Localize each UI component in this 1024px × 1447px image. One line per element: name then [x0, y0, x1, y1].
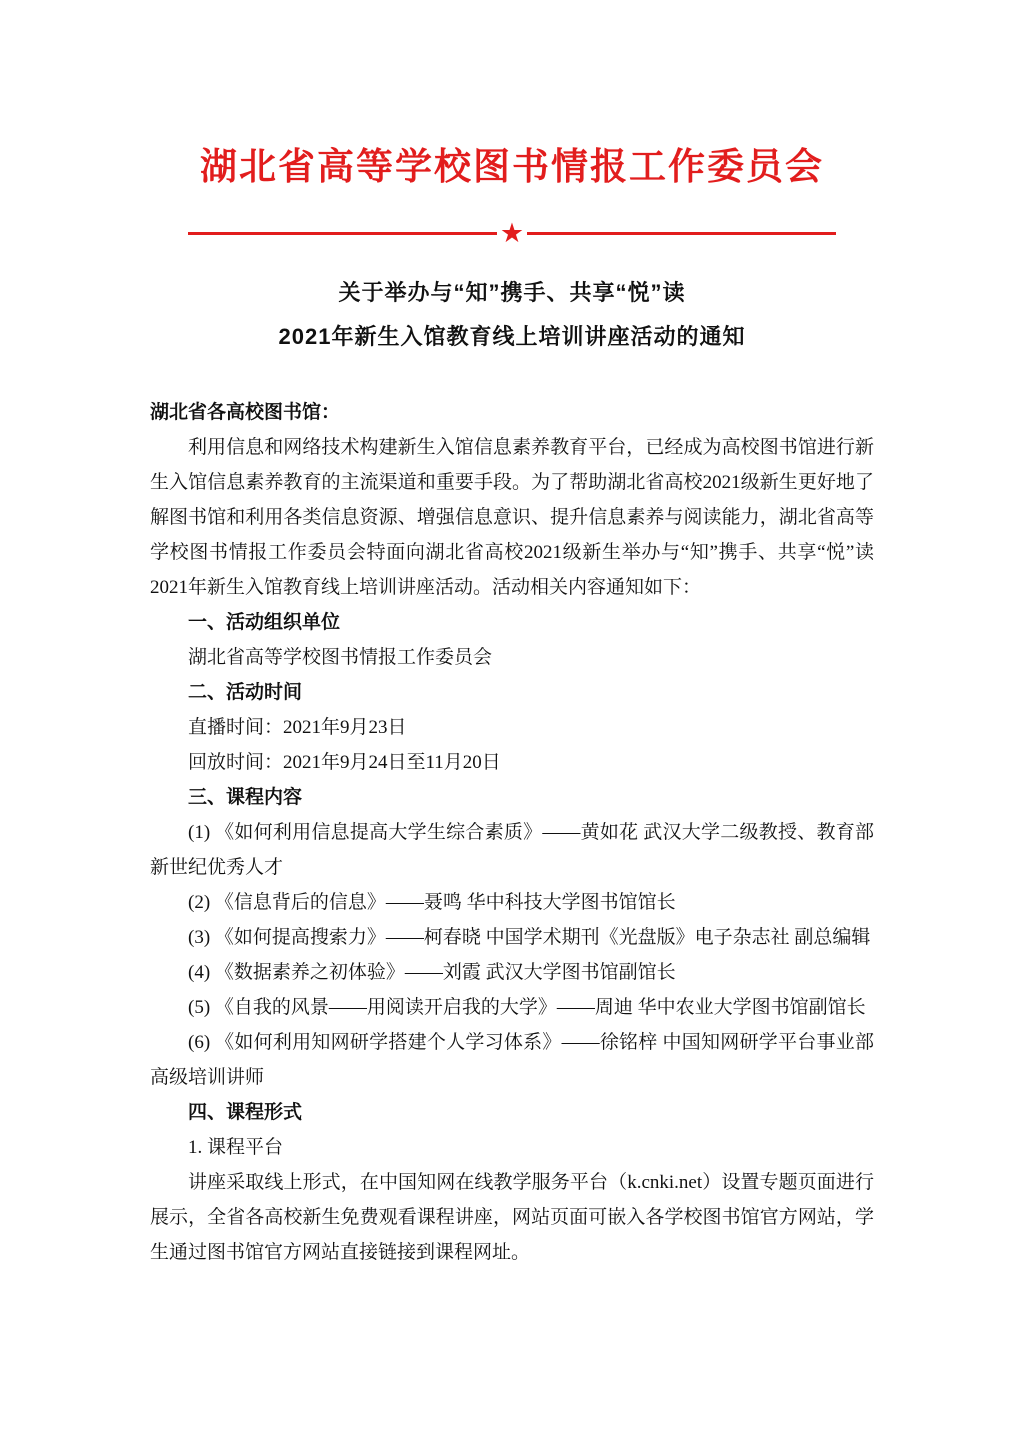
section2-heading: 二、活动时间 — [150, 675, 874, 710]
document-page: 湖北省高等学校图书情报工作委员会 ★ 关于举办与“知”携手、共享“悦”读 202… — [0, 0, 1024, 1447]
live-time-line: 直播时间：2021年9月23日 — [150, 710, 874, 745]
document-body: 湖北省各高校图书馆： 利用信息和网络技术构建新生入馆信息素养教育平台，已经成为高… — [150, 395, 874, 1270]
letterhead-org-title: 湖北省高等学校图书情报工作委员会 — [150, 142, 874, 192]
course-item-2: (2) 《信息背后的信息》——聂鸣 华中科技大学图书馆馆长 — [150, 885, 874, 920]
section4-content: 讲座采取线上形式，在中国知网在线教学服务平台（k.cnki.net）设置专题页面… — [150, 1165, 874, 1270]
divider-line-left — [188, 232, 497, 235]
document-title-line1: 关于举办与“知”携手、共享“悦”读 — [150, 271, 874, 315]
divider-line-right — [527, 232, 836, 235]
section1-heading: 一、活动组织单位 — [150, 605, 874, 640]
section4-heading: 四、课程形式 — [150, 1095, 874, 1130]
intro-paragraph: 利用信息和网络技术构建新生入馆信息素养教育平台，已经成为高校图书馆进行新生入馆信… — [150, 430, 874, 605]
document-title-line2: 2021年新生入馆教育线上培训讲座活动的通知 — [150, 315, 874, 359]
course-item-6: (6) 《如何利用知网研学搭建个人学习体系》——徐铭梓 中国知网研学平台事业部高… — [150, 1025, 874, 1095]
section3-heading: 三、课程内容 — [150, 780, 874, 815]
replay-time-line: 回放时间：2021年9月24日至11月20日 — [150, 745, 874, 780]
star-icon: ★ — [497, 220, 527, 247]
course-item-3: (3) 《如何提高搜索力》——柯春晓 中国学术期刊《光盘版》电子杂志社 副总编辑 — [150, 920, 874, 955]
course-item-1: (1) 《如何利用信息提高大学生综合素质》——黄如花 武汉大学二级教授、教育部新… — [150, 815, 874, 885]
course-item-4: (4) 《数据素养之初体验》——刘霞 武汉大学图书馆副馆长 — [150, 955, 874, 990]
salutation: 湖北省各高校图书馆： — [150, 395, 874, 430]
letterhead-divider: ★ — [188, 220, 836, 247]
course-item-5: (5) 《自我的风景——用阅读开启我的大学》——周迪 华中农业大学图书馆副馆长 — [150, 990, 874, 1025]
section4-subheading: 1. 课程平台 — [150, 1130, 874, 1165]
section1-content: 湖北省高等学校图书情报工作委员会 — [150, 640, 874, 675]
